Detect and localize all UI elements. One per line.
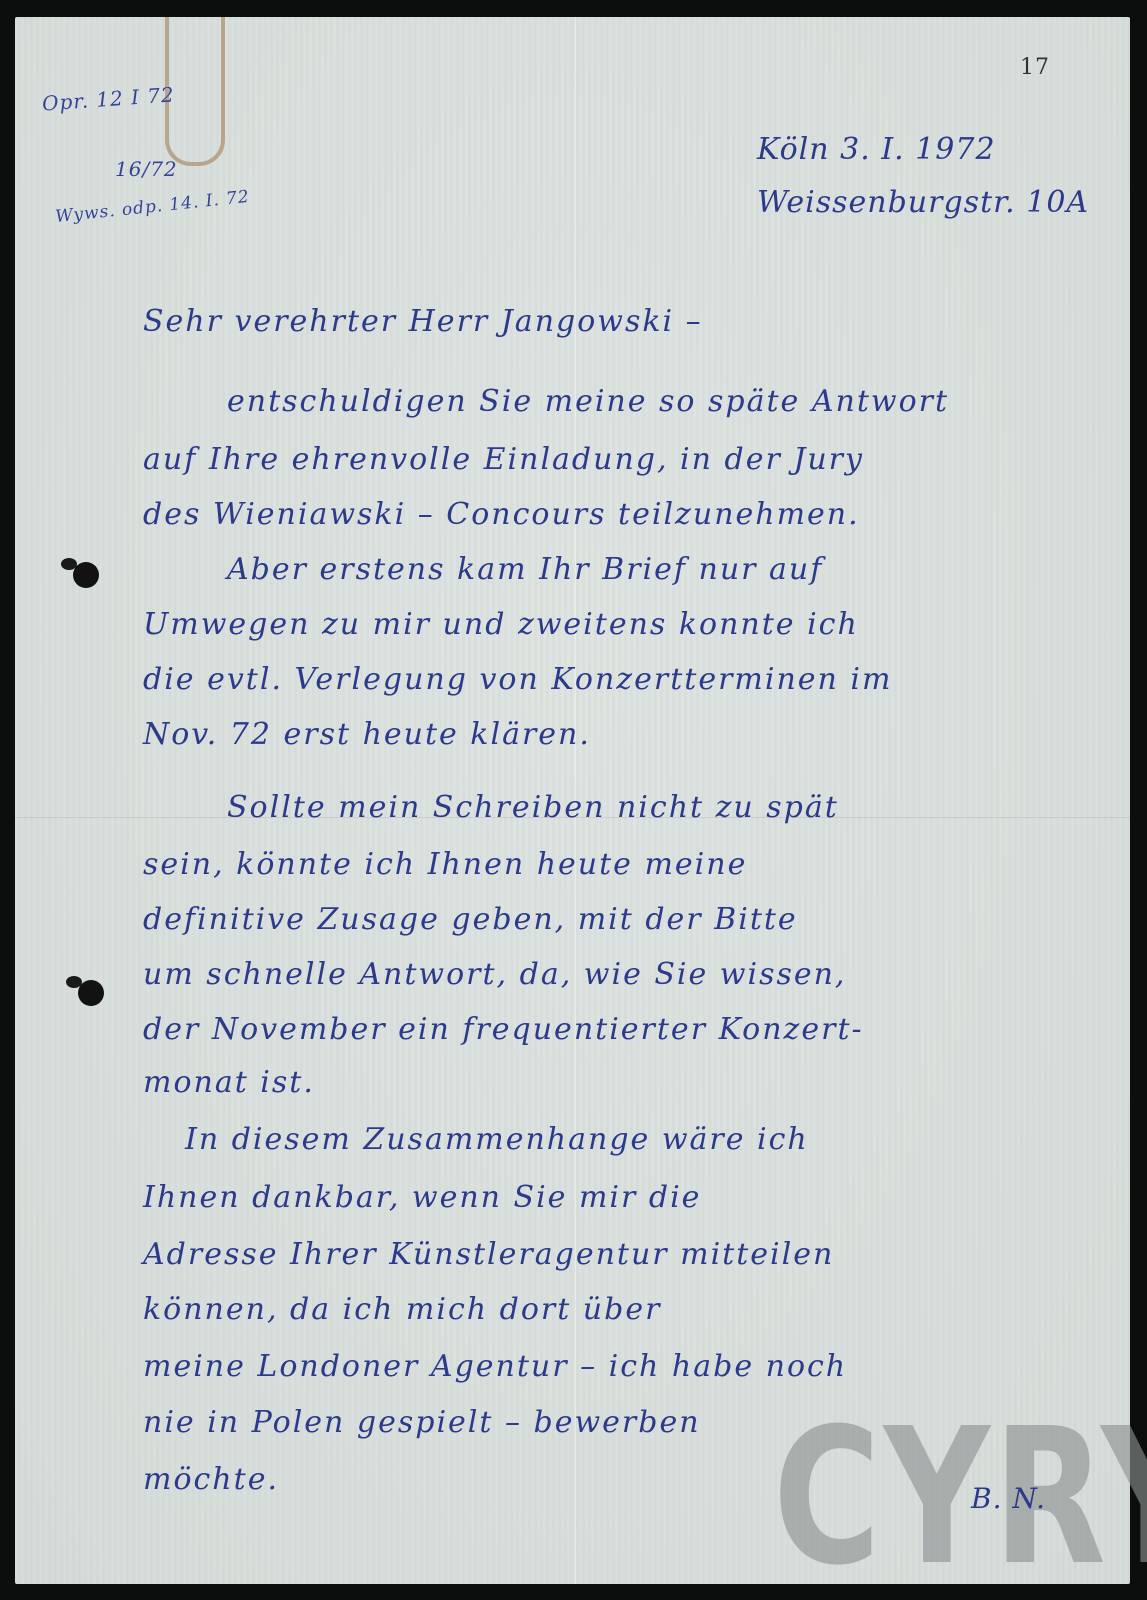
body-line: der November ein frequentierter Konzert- [143,1012,864,1047]
body-line: die evtl. Verlegung von Konzertterminen … [143,662,892,697]
body-line: Ihnen dankbar, wenn Sie mir die [143,1180,701,1215]
margin-note-number: 16/72 [115,157,178,181]
body-line: des Wieniawski – Concours teilzunehmen. [143,497,860,532]
letter-page: 17 Opr. 12 I 72 16/72 Wyws. odp. 14. I. … [15,17,1130,1584]
body-line: nie in Polen gespielt – bewerben [143,1405,701,1440]
punch-hole-bottom [78,980,104,1006]
body-line: entschuldigen Sie meine so späte Antwort [227,384,949,419]
body-line: monat ist. [143,1065,315,1100]
body-line: sein, könnte ich Ihnen heute meine [143,847,747,882]
salutation: Sehr verehrter Herr Jangowski – [143,304,703,339]
punch-hole-top [73,562,99,588]
body-line: Aber erstens kam Ihr Brief nur auf [227,552,823,587]
body-line: auf Ihre ehrenvolle Einladung, in der Ju… [143,442,864,477]
body-line: möchte. [143,1462,279,1497]
body-line: Adresse Ihrer Künstleragentur mitteilen [143,1237,834,1272]
body-line: Umwegen zu mir und zweitens konnte ich [143,607,859,642]
body-line: In diesem Zusammenhange wäre ich [185,1122,809,1157]
body-line: um schnelle Antwort, da, wie Sie wissen, [143,957,846,992]
cyryl-watermark-logo: CYRYL [773,1404,1147,1592]
place-date: Köln 3. I. 1972 [757,132,996,167]
body-line: definitive Zusage geben, mit der Bitte [143,902,798,937]
body-line: meine Londoner Agentur – ich habe noch [143,1349,847,1384]
page-number: 17 [1020,55,1050,80]
body-line: Nov. 72 erst heute klären. [143,717,591,752]
body-line: können, da ich mich dort über [143,1292,661,1327]
signature-initials: B. N. [971,1482,1046,1515]
margin-note-reply-sent: Wyws. odp. 14. I. 72 [54,187,250,227]
body-line: Sollte mein Schreiben nicht zu spät [227,790,839,825]
sender-address: Weissenburgstr. 10A [757,185,1089,220]
margin-note-received: Opr. 12 I 72 [41,82,175,115]
